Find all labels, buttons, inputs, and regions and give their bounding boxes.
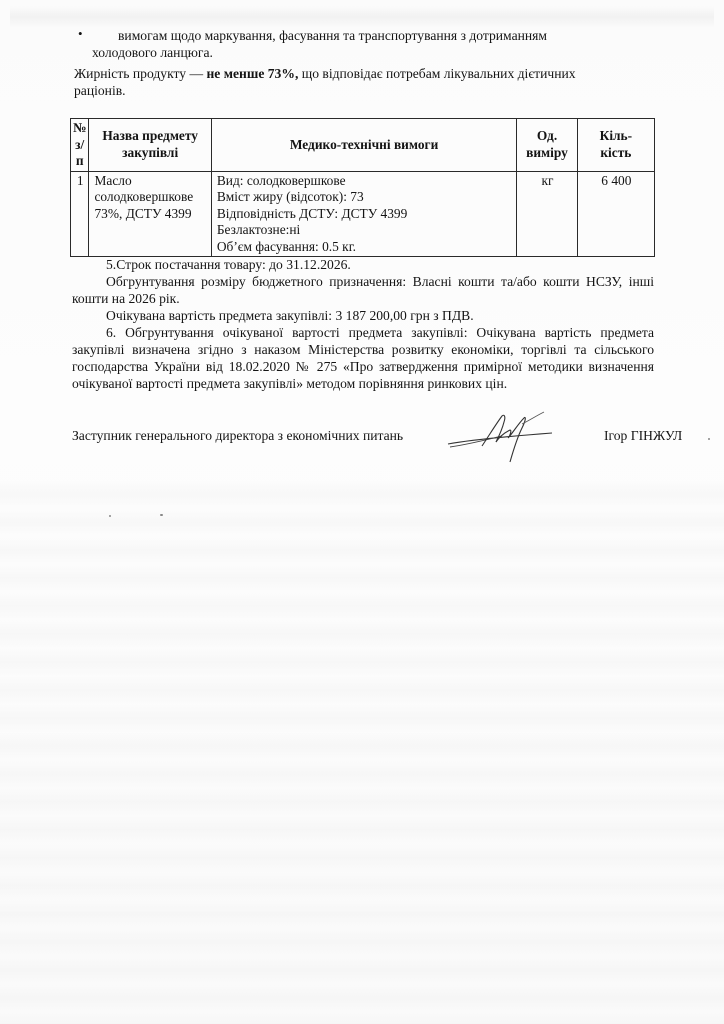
header-requirements: Медико-технічні вимоги [211,119,516,172]
cell-item-name: Масло солодковершкове 73%, ДСТУ 4399 [89,171,211,257]
header-number: № з/п [71,119,89,172]
signatory-position: Заступник генерального директора з еконо… [72,427,403,444]
document-page: • вимогам щодо маркування, фасування та … [0,0,724,1024]
cost-justification-line-2: закупівлі визначена згідно з наказом Мін… [72,341,654,358]
header-unit: Од. виміру [517,119,577,172]
fat-statement-bold: не менше 73%, [206,66,298,81]
fat-statement-line-2: раціонів. [74,82,126,99]
budget-justification-line-1: Обгрунтування розміру бюджетного признач… [72,273,654,290]
handwritten-signature-icon [440,406,570,466]
bullet-icon: • [78,26,83,42]
cell-number: 1 [71,171,89,257]
fat-statement-suffix: що відповідає потребам лікувальних дієти… [298,66,575,81]
budget-justification-line-2: кошти на 2026 рік. [72,290,180,307]
scan-speck [160,514,163,516]
cell-quantity: 6 400 [577,171,654,257]
header-item-name: Назва предмету закупівлі [89,119,211,172]
cost-justification-line-1: 6. Обгрунтування очікуваної вартості пре… [72,324,654,341]
scan-artifact-bottom [0,480,724,1024]
header-quantity: Кіль- кість [577,119,654,172]
cell-requirements: Вид: солодковершкове Вміст жиру (відсото… [211,171,516,257]
scan-artifact-top [10,6,714,28]
scan-speck [109,515,111,517]
cost-justification-line-4: очікуваної вартості предмета закупівлі» … [72,375,654,392]
delivery-term: 5.Строк постачання товару: до 31.12.2026… [106,256,351,273]
cost-justification-line-3: господарства України від 18.02.2020 № 27… [72,358,654,375]
table-row: 1 Масло солодковершкове 73%, ДСТУ 4399 В… [71,171,655,257]
cell-unit: кг [517,171,577,257]
specification-table: № з/п Назва предмету закупівлі Медико-те… [70,118,655,257]
bullet-text-line-1: вимогам щодо маркування, фасування та тр… [118,27,547,44]
fat-statement-prefix: Жирність продукту — [74,66,206,81]
table-header-row: № з/п Назва предмету закупівлі Медико-те… [71,119,655,172]
fat-statement-line-1: Жирність продукту — не менше 73%, що від… [74,65,576,82]
bullet-text-line-2: холодового ланцюга. [92,44,213,61]
expected-cost: Очікувана вартість предмета закупівлі: 3… [106,307,474,324]
scan-speck [708,438,710,440]
signatory-name: Ігор ГІНЖУЛ [604,427,682,444]
